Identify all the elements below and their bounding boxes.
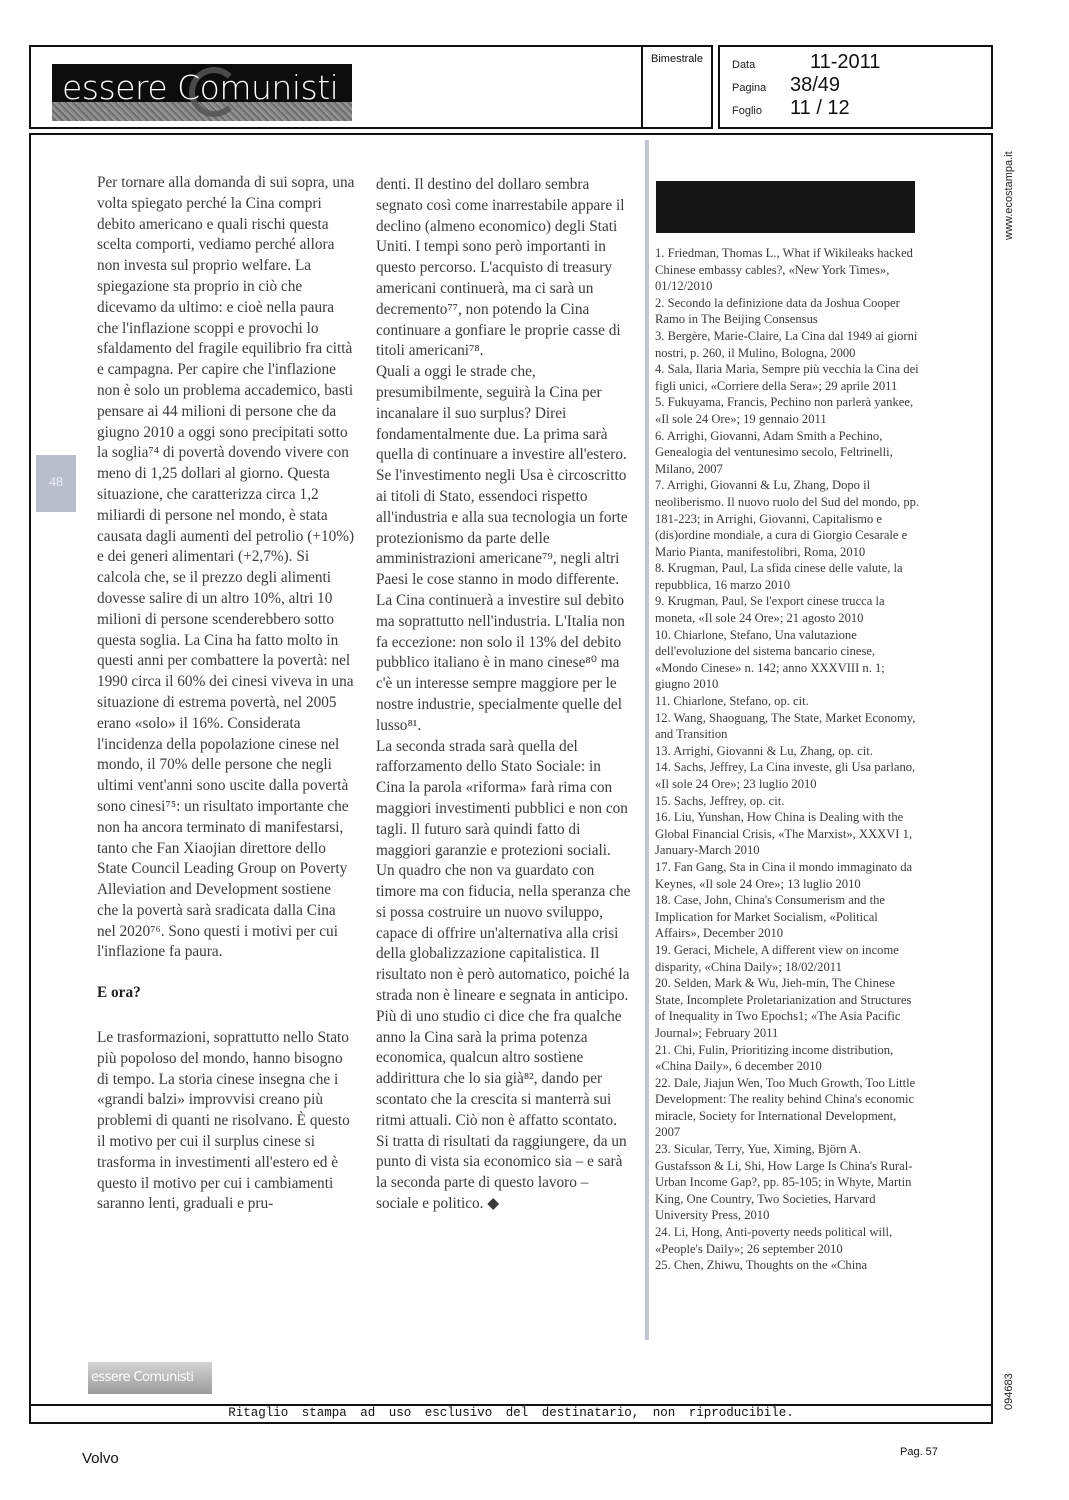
footnotes-list: 1. Friedman, Thomas L., What if Wikileak… [655,245,920,1274]
magazine-page-number: 48 [36,455,76,512]
page-label: Pagina [732,82,782,94]
footnote: 9. Krugman, Paul, Se l'export cinese tru… [655,593,920,626]
footnote: 17. Fan Gang, Sta in Cina il mondo immag… [655,859,920,892]
article-column-1: Per tornare alla domanda di sui sopra, u… [97,173,355,1215]
footnote: 6. Arrighi, Giovanni, Adam Smith a Pechi… [655,428,920,478]
footnote: 20. Selden, Mark & Wu, Jieh-min, The Chi… [655,975,920,1041]
paragraph: denti. Il destino del dollaro sembra seg… [376,175,631,362]
paragraph: La seconda strada sarà quella del raffor… [376,737,631,862]
footnote: 15. Sachs, Jeffrey, op. cit. [655,793,920,810]
disclaimer: Ritaglio stampa ad uso esclusivo del des… [29,1406,993,1420]
footnote: 10. Chiarlone, Stefano, Una valutazione … [655,627,920,693]
sheet-label: Foglio [732,105,782,117]
footnote: 2. Secondo la definizione data da Joshua… [655,295,920,328]
footnote: 8. Krugman, Paul, La sfida cinese delle … [655,560,920,593]
redacted-block [656,181,915,233]
section-heading: E ora? [97,983,355,1004]
paragraph: Per tornare alla domanda di sui sopra, u… [97,173,355,963]
footnote: 14. Sachs, Jeffrey, La Cina investe, gli… [655,759,920,792]
side-url-text: www.ecostampa.it [1003,151,1015,240]
footnote: 25. Chen, Zhiwu, Thoughts on the «China [655,1257,920,1274]
footnote: 21. Chi, Fulin, Prioritizing income dist… [655,1042,920,1075]
publication-logo: essere Comunisti [52,64,352,121]
logo-text: essere Comunisti [62,68,338,107]
side-code: 094683 [1003,1360,1017,1410]
footnote: 13. Arrighi, Giovanni & Lu, Zhang, op. c… [655,743,920,760]
footnote: 19. Geraci, Michele, A different view on… [655,942,920,975]
side-url: www.ecostampa.it [1003,140,1017,240]
client-name: Volvo [82,1450,119,1467]
paragraph: Le trasformazioni, soprattutto nello Sta… [97,1028,355,1215]
article-column-2: denti. Il destino del dollaro sembra seg… [376,175,631,1215]
paragraph: Un quadro che non va guardato con timore… [376,861,631,1215]
footnote: 11. Chiarlone, Stefano, op. cit. [655,693,920,710]
side-code-text: 094683 [1003,1373,1015,1410]
page-value: 38/49 [790,74,840,97]
clipping-info-box: Data 11-2011 Pagina 38/49 Foglio 11 / 12 [718,45,993,129]
page-row: Pagina 38/49 [732,74,840,97]
footnote: 1. Friedman, Thomas L., What if Wikileak… [655,245,920,295]
frequency-label: Bimestrale [651,53,703,65]
frequency-box: Bimestrale [641,45,713,129]
footnote: 7. Arrighi, Giovanni & Lu, Zhang, Dopo i… [655,477,920,560]
paragraph: Quali a oggi le strade che, presumibilme… [376,362,631,736]
footnote: 16. Liu, Yunshan, How China is Dealing w… [655,809,920,859]
footnote: 18. Case, John, China's Consumerism and … [655,892,920,942]
page-counter: Pag. 57 [900,1446,938,1458]
date-row: Data 11-2011 [732,51,880,74]
footnote: 5. Fukuyama, Francis, Pechino non parler… [655,394,920,427]
footnote: 24. Li, Hong, Anti-poverty needs politic… [655,1224,920,1257]
footer-logo-text: essere Comunisti [91,1370,193,1385]
footnote: 4. Sala, Ilaria Maria, Sempre più vecchi… [655,361,920,394]
date-label: Data [732,59,782,71]
sheet-row: Foglio 11 / 12 [732,97,850,120]
footer-logo: essere Comunisti [88,1362,212,1394]
footnote: 23. Sicular, Terry, Yue, Ximing, Björn A… [655,1141,920,1224]
footnote: 12. Wang, Shaoguang, The State, Market E… [655,710,920,743]
sheet-value: 11 / 12 [790,97,850,120]
date-value: 11-2011 [810,51,880,74]
footnote: 3. Bergère, Marie-Claire, La Cina dal 19… [655,328,920,361]
footnote: 22. Dale, Jiajun Wen, Too Much Growth, T… [655,1075,920,1141]
column-divider [645,140,649,1340]
